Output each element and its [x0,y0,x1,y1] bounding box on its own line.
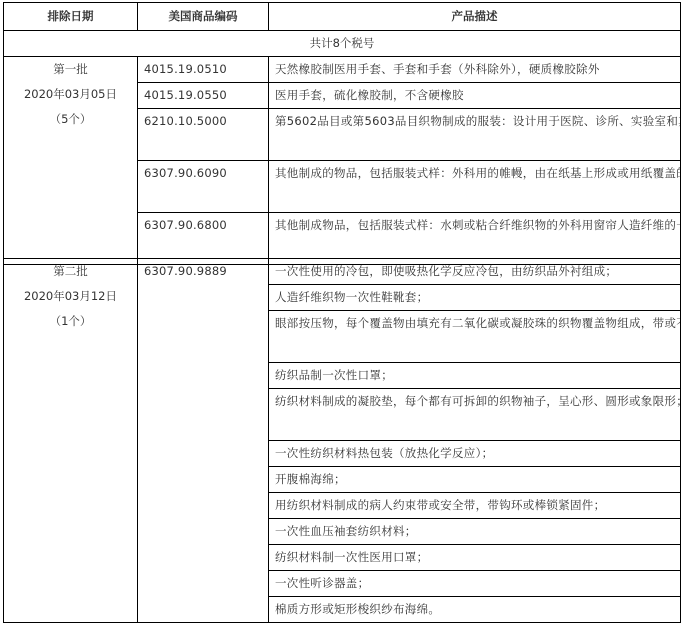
commodity-code: 4015.19.0510 [138,57,269,83]
product-description: 一次性听诊器盖； [269,571,681,597]
commodity-code: 6307.90.9889 [138,259,269,623]
header-exclusion-date: 排除日期 [4,3,138,31]
product-description: 第5602品目或第5603品目织物制成的服装：设计用于医院、诊所、实验室和其他地… [269,109,681,161]
product-description: 纺织品制一次性口罩； [269,363,681,389]
product-description: 一次性血压袖套纺织材料； [269,519,681,545]
batch-1-cell: 第一批 2020年03月05日 （5个） [4,57,138,265]
product-description: 天然橡胶制医用手套、手套和手套（外科除外），硬质橡胶除外 [269,57,681,83]
product-description: 开腹棉海绵； [269,467,681,493]
product-description: 眼部按压物，每个覆盖物由填充有二氧化碳或凝胶珠的织物覆盖物组成，带或不带钩环扣带… [269,311,681,363]
product-description: 医用手套，硫化橡胶制，不含硬橡胶 [269,83,681,109]
batch-2-name: 第二批 [10,259,131,284]
header-product-description: 产品描述 [269,3,681,31]
product-description: 纺织材料制成的凝胶垫，每个都有可拆卸的织物袖子，呈心形、圆形或象限形； [269,389,681,441]
commodity-code: 6307.90.6090 [138,161,269,213]
product-description: 纺织材料制一次性医用口罩； [269,545,681,571]
batch-1-date: 2020年03月05日 [10,82,131,107]
batch-2-date: 2020年03月12日 [10,284,131,309]
batch-2-count: （1个） [10,309,131,334]
total-row: 共计8个税号 [4,31,681,57]
product-description: 一次性纺织材料热包装（放热化学反应）； [269,441,681,467]
product-description: 用纺织材料制成的病人约束带或安全带，带钩环或棒锁紧固件； [269,493,681,519]
product-description: 其他制成的物品，包括服装式样：外科用的帷幔，由在纸基上形成或用纸覆盖的织物制成 [269,161,681,213]
product-description: 一次性使用的冷包，即使吸热化学反应冷包，由纺织品外衬组成； [269,259,681,285]
total-count: 共计8个税号 [4,31,681,57]
tariff-exclusion-table-batch-2: 第二批 2020年03月12日 （1个） 6307.90.9889 一次性使用的… [3,258,681,623]
commodity-code: 6307.90.6800 [138,213,269,265]
batch-1-count: （5个） [10,107,131,132]
batch-1-name: 第一批 [10,57,131,82]
product-description: 其他制成物品，包括服装式样：水刺或粘合纤维织物的外科用窗帘人造纤维的一次性外科用… [269,213,681,265]
batch-2-cell: 第二批 2020年03月12日 （1个） [4,259,138,623]
table-row: 第一批 2020年03月05日 （5个） 4015.19.0510 天然橡胶制医… [4,57,681,83]
tariff-exclusion-table: 排除日期 美国商品编码 产品描述 共计8个税号 第一批 2020年03月05日 … [3,2,681,265]
table-row: 第二批 2020年03月12日 （1个） 6307.90.9889 一次性使用的… [4,259,681,285]
product-description: 棉质方形或矩形梭织纱布海绵。 [269,597,681,623]
header-us-commodity-code: 美国商品编码 [138,3,269,31]
header-row: 排除日期 美国商品编码 产品描述 [4,3,681,31]
commodity-code: 6210.10.5000 [138,109,269,161]
product-description: 人造纤维织物一次性鞋靴套； [269,285,681,311]
commodity-code: 4015.19.0550 [138,83,269,109]
